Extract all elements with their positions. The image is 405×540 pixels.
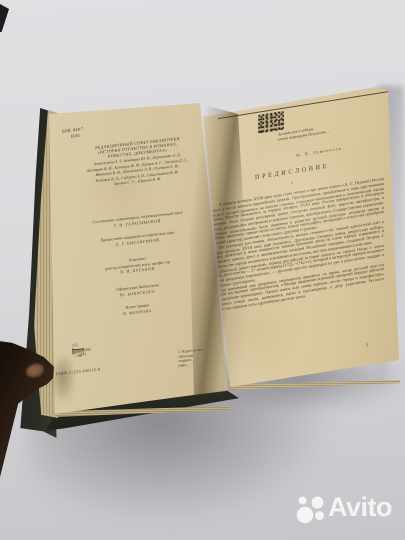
epigraph-attribution: М. В. Ломоносов [276, 142, 362, 161]
thumb-cast-shadow [50, 352, 76, 404]
avito-logo-icon [296, 494, 328, 526]
epigraph: За нами вся и победа, всеми надеждами Пе… [278, 119, 362, 142]
publisher-emblem-icon [258, 111, 284, 134]
header-rule [218, 91, 388, 119]
avito-watermark: Avito [296, 490, 402, 532]
photo-scene: ББК 84Р7 В 85 РЕДАКЦИОННЫЙ СОВЕТ БИБЛИОТ… [0, 0, 405, 540]
avito-wordmark: Avito [328, 492, 392, 523]
page-number: 5 [366, 342, 368, 347]
photo-corner-dark-sliver [0, 4, 9, 32]
author-sign: В 85 [71, 132, 80, 138]
catalog-suffix: 152—88 [72, 343, 78, 356]
